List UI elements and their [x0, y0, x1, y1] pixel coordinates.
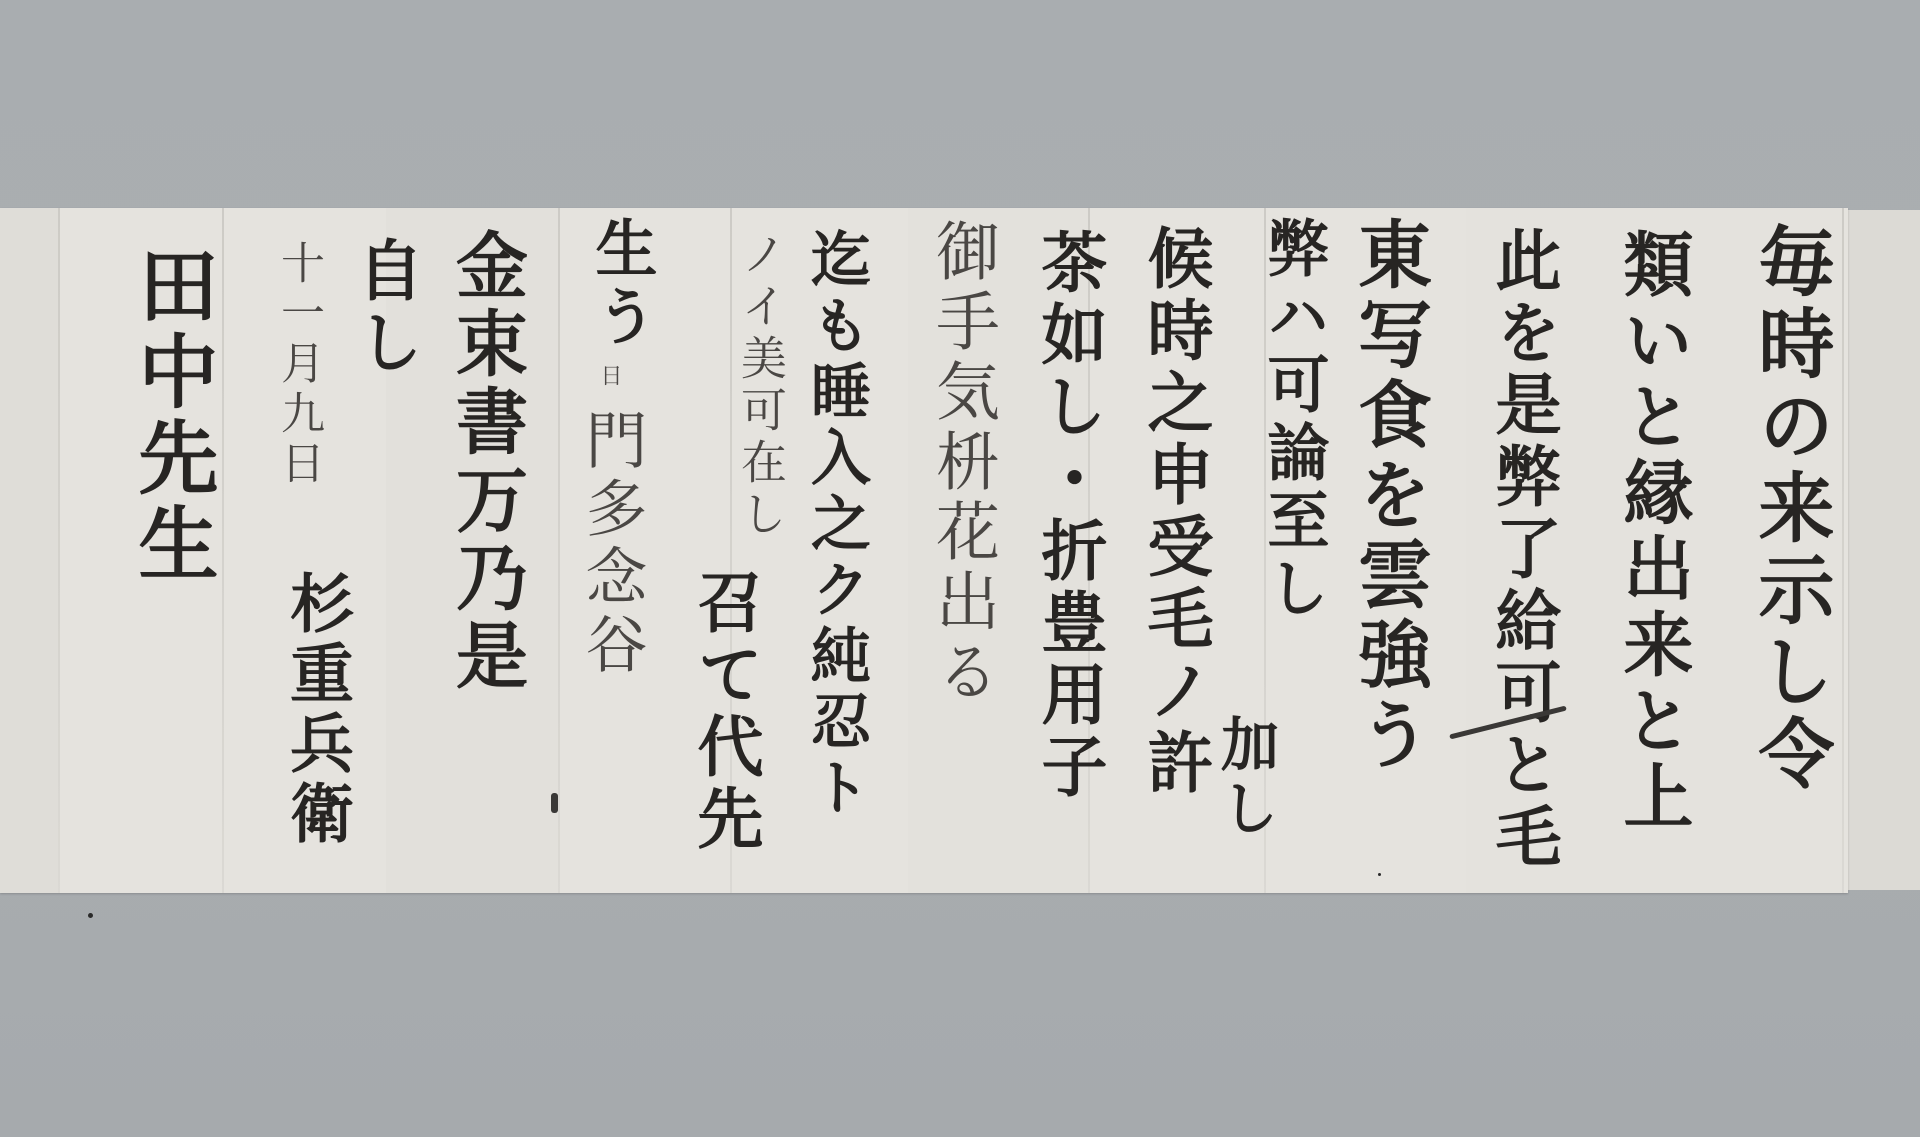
fold-line — [1842, 208, 1844, 893]
ink-speck — [1378, 873, 1381, 876]
text-column-13-small: 日 — [598, 364, 620, 392]
text-column-2: 類いと縁出来と上 — [1618, 228, 1688, 836]
text-column-11: ノイ美可在し — [738, 230, 784, 542]
text-column-3: 此を是弊了給可と毛 — [1490, 226, 1556, 874]
text-column-7: 候時之申受毛ノ許 — [1142, 224, 1208, 800]
text-column-5: 弊ハ可論至し — [1262, 216, 1324, 624]
ink-mark — [551, 793, 558, 813]
text-column-16: 金束書万乃是 — [450, 228, 522, 696]
text-column-9: 御手気枡花出る — [930, 218, 994, 708]
paper-edge-right — [1840, 210, 1920, 890]
fold-line — [558, 208, 560, 893]
text-column-10: 迄も睡入之ク純忍ト — [806, 228, 866, 822]
ink-speck — [88, 913, 93, 918]
text-column-6: 加し — [1216, 714, 1274, 842]
letter-addressee: 田中先生 — [132, 244, 212, 588]
fold-line — [58, 208, 60, 893]
letter-date: 十一月九日 — [276, 240, 320, 490]
fold-line — [222, 208, 224, 893]
text-column-14: 門多念谷 — [580, 408, 642, 680]
text-column-1: 毎時の来示し令 — [1752, 222, 1828, 796]
letter-signature: 杉重兵衛 — [284, 570, 348, 850]
paper-panel — [0, 208, 58, 893]
letter-scroll: 毎時の来示し令 類いと縁出来と上 此を是弊了給可と毛 東写食を雲強う 弊ハ可論至… — [0, 208, 1848, 893]
photo-background: 毎時の来示し令 類いと縁出来と上 此を是弊了給可と毛 東写食を雲強う 弊ハ可論至… — [0, 0, 1920, 1137]
text-column-4: 東写食を雲強う — [1352, 216, 1426, 776]
text-column-13: 生う — [590, 216, 652, 352]
text-column-8: 茶如し・折豊用子 — [1036, 228, 1102, 804]
text-column-12: 召て代先 — [692, 568, 758, 856]
text-column-17: 自し — [352, 236, 418, 380]
